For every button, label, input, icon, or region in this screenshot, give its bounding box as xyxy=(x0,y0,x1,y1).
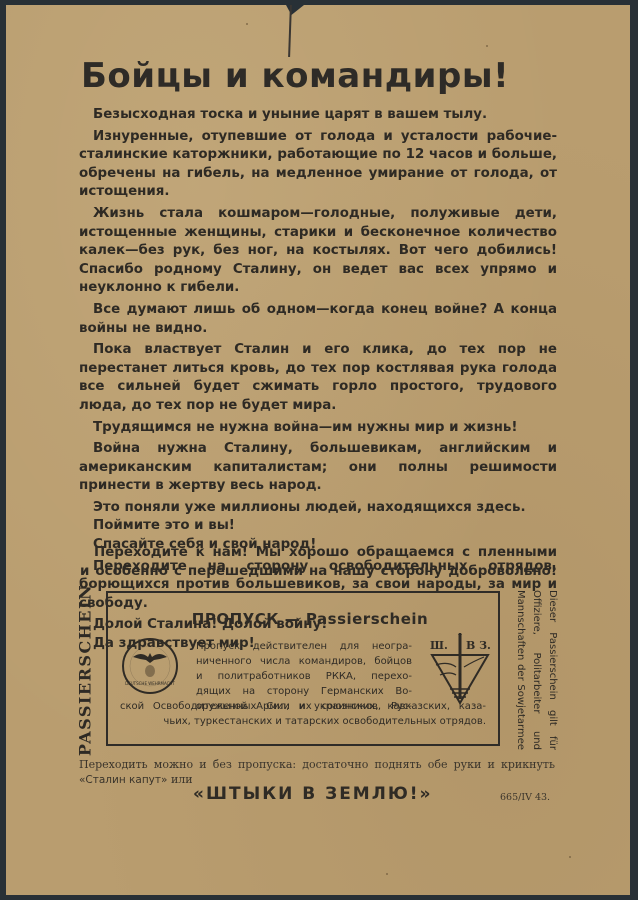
paragraph: Война нужна Сталину, большевикам, англий… xyxy=(79,440,557,496)
validity-line: Dieser Passierschein gilt für xyxy=(544,590,560,750)
pass-line: ниченного числа командиров, бойцов xyxy=(196,654,412,669)
invitation-line: Переходите к нам! Мы хорошо обращаемся с… xyxy=(80,543,557,562)
pass-title: ПРОПУСК — Passierschein xyxy=(160,610,460,628)
paragraph: Безысходная тоска и уныние царят в вашем… xyxy=(79,106,557,125)
pass-line: Пропуск действителен для неогра- xyxy=(196,639,412,654)
paragraph: Это поняли уже миллионы людей, находящих… xyxy=(79,499,557,518)
svg-text:Ш.: Ш. xyxy=(430,639,448,652)
pass-line: и политработников РККА, перехо- xyxy=(196,669,412,684)
bayonet-triangle-emblem-icon: Ш. В З. xyxy=(428,633,492,705)
pass-text-wide: ской Освободительной Армии и украинских,… xyxy=(120,699,486,729)
speck xyxy=(386,873,388,875)
speck xyxy=(246,23,248,25)
speck xyxy=(486,45,488,47)
validity-line: Mannschaften der Sowjetarmee xyxy=(512,590,528,750)
slogan: «ШТЫКИ В ЗЕМЛЮ!» xyxy=(193,784,443,804)
pass-line: дящих на сторону Германских Во- xyxy=(196,684,412,699)
leaflet-title: Бойцы и командиры! xyxy=(81,56,551,96)
paragraph: Поймите это и вы! xyxy=(79,517,557,536)
paragraph: Изнуренные, отупевшие от голода и устало… xyxy=(79,128,557,202)
german-validity-note: Dieser Passierschein gilt für Offiziere,… xyxy=(506,590,566,750)
invitation-block: Переходите к нам! Мы хорошо обращаемся с… xyxy=(80,543,557,581)
footer-note-line: Переходить можно и без пропуска: достато… xyxy=(79,757,555,772)
invitation-line: и особенно с перешедшими на нашу сторону… xyxy=(80,562,557,581)
print-code: 665/IV 43. xyxy=(500,792,560,803)
paper-tear xyxy=(288,5,292,57)
validity-line: Offiziere, Politarbeiter und xyxy=(528,590,544,750)
pass-line: чьих, туркестанских и татарских освободи… xyxy=(120,714,486,729)
svg-text:В З.: В З. xyxy=(466,639,491,652)
footer-note-rest: или xyxy=(167,773,192,786)
pass-line: ской Освободительной Армии и украинских,… xyxy=(120,699,486,714)
passierschein-side-label: PASSIERSCHEIN xyxy=(72,590,98,750)
side-label-text: PASSIERSCHEIN xyxy=(76,584,95,756)
eagle-stamp-icon: DEUTSCHE WEHRMACHT xyxy=(121,637,179,695)
surrender-pass: ПРОПУСК — Passierschein DEUTSCHE WEHRMAC… xyxy=(106,591,500,746)
paragraph: Жизнь стала кошмаром—голодные, полуживые… xyxy=(79,205,557,298)
svg-text:DEUTSCHE WEHRMACHT: DEUTSCHE WEHRMACHT xyxy=(125,681,175,686)
paragraph: Все думают лишь об одном—когда конец вой… xyxy=(79,301,557,338)
paragraph: Трудящимся не нужна война—им нужны мир и… xyxy=(79,419,557,438)
paragraph: Пока властвует Сталин и его клика, до те… xyxy=(79,341,557,415)
speck xyxy=(569,856,571,858)
stalin-kaput-quote: «Сталин капут» xyxy=(79,774,167,786)
